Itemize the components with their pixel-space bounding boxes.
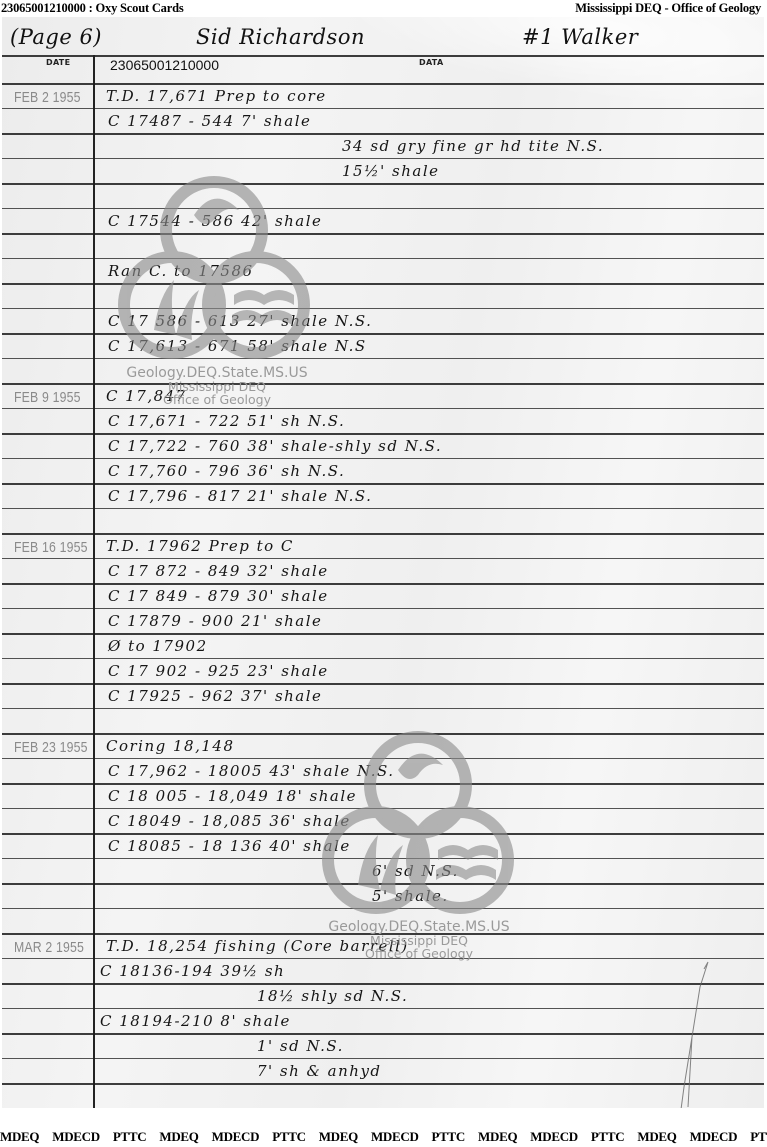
ruled-line (2, 508, 764, 509)
ruled-line (2, 333, 764, 335)
date-stamp: FEB 2 1955 (14, 89, 81, 106)
ruled-line (2, 633, 764, 635)
ruled-line (2, 658, 764, 659)
footer-token: PTTC (432, 1129, 465, 1144)
log-entry-text: C 18049 - 18,085 36' shale (108, 812, 351, 830)
footer-token: PTTC (591, 1129, 624, 1144)
ruled-line (2, 183, 764, 185)
ruled-line (2, 1033, 764, 1035)
date-column-label: DATE (46, 58, 70, 67)
log-entry-text: C 17 872 - 849 32' shale (108, 562, 329, 580)
log-entry-text: C 17,760 - 796 36' sh N.S. (108, 462, 345, 480)
ruled-line (2, 133, 764, 135)
ruled-line (2, 108, 764, 109)
date-stamp: FEB 16 1955 (14, 539, 88, 556)
ruled-line (2, 683, 764, 685)
ruled-line (2, 408, 764, 409)
log-entry-text: C 17 902 - 925 23' shale (108, 662, 329, 680)
card-well-name: #1 Walker (522, 25, 638, 49)
log-entry-text: C 17879 - 900 21' shale (108, 612, 322, 630)
ruled-line (2, 283, 764, 285)
ruled-line (2, 808, 764, 809)
ruled-line (2, 833, 764, 835)
watermark-text: Geology.DEQ.State.MS.US Mississippi DEQ … (324, 921, 514, 960)
card-page-label: (Page 6) (10, 25, 102, 49)
log-entry-text: Ran C. to 17586 (108, 262, 254, 280)
log-entry-text: 1' sd N.S. (257, 1037, 344, 1055)
date-column-divider (93, 55, 95, 1108)
log-entry-text: C 17,796 - 817 21' shale N.S. (108, 487, 372, 505)
ruled-line (2, 858, 764, 859)
log-entry-text: C 18 005 - 18,049 18' shale (108, 787, 357, 805)
ruled-line (2, 983, 764, 985)
ruled-line (2, 208, 764, 209)
date-stamp: FEB 9 1955 (14, 389, 81, 406)
footer-token: MDECD (52, 1129, 100, 1144)
log-entry-text: C 17,962 - 18005 43' shale N.S. (108, 762, 395, 780)
data-column-label: DATA (419, 58, 443, 67)
ruled-line (2, 308, 764, 309)
footer-token: MDEQ (0, 1129, 39, 1144)
log-entry-text: Ø to 17902 (108, 637, 208, 655)
ruled-line (2, 758, 764, 759)
log-entry-text: C 18136-194 39½ sh (100, 962, 285, 980)
log-entry-text: Coring 18,148 (106, 737, 235, 755)
ruled-line (2, 483, 764, 485)
ruled-line (2, 383, 764, 385)
ruled-line (2, 733, 764, 735)
card-operator: Sid Richardson (196, 25, 365, 49)
ruled-line (2, 558, 764, 559)
footer-token: MDECD (530, 1129, 578, 1144)
log-entry-text: 5' shale. (372, 887, 449, 905)
ruled-line (2, 708, 764, 709)
document-header: 23065001210000 : Oxy Scout Cards Mississ… (0, 0, 767, 16)
footer-token: MDECD (371, 1129, 419, 1144)
footer-token: PTTC (272, 1129, 305, 1144)
ruled-line (2, 1083, 764, 1085)
ruled-line (2, 908, 764, 909)
agency-name: Mississippi DEQ - Office of Geology (575, 1, 761, 16)
log-entry-text: C 17544 - 586 42' shale (108, 212, 322, 230)
footer-token: MDEQ (159, 1129, 198, 1144)
footer-token: MDEQ (478, 1129, 517, 1144)
footer-token: MDEQ (319, 1129, 358, 1144)
log-entry-text: C 17925 - 962 37' shale (108, 687, 322, 705)
ruled-line (2, 458, 764, 459)
log-entry-text: C 17 586 - 613 27' shale N.S. (108, 312, 372, 330)
log-entry-text: T.D. 17,671 Prep to core (106, 87, 327, 105)
footer-token: PTTC (750, 1129, 767, 1144)
ruled-line (2, 1008, 764, 1009)
ruled-line (2, 1058, 764, 1059)
ruled-line (2, 783, 764, 785)
card-title-line: (Page 6) Sid Richardson #1 Walker (2, 17, 764, 57)
footer-token: MDECD (690, 1129, 738, 1144)
ruled-line (2, 258, 764, 259)
date-stamp: FEB 23 1955 (14, 739, 88, 756)
log-entry-text: 34 sd gry fine gr hd tite N.S. (342, 137, 604, 155)
log-entry-text: C 17,671 - 722 51' sh N.S. (108, 412, 345, 430)
log-entry-text: C 18194-210 8' shale (100, 1012, 291, 1030)
date-stamp: MAR 2 1955 (14, 939, 84, 956)
document-id-title: 23065001210000 : Oxy Scout Cards (1, 1, 184, 16)
scout-card: (Page 6) Sid Richardson #1 Walker DATE D… (2, 17, 764, 1108)
ruled-line (2, 883, 764, 885)
ruled-line (2, 608, 764, 609)
log-entry-text: C 17487 - 544 7' shale (108, 112, 311, 130)
log-entry-text: 15½' shale (342, 162, 440, 180)
ruled-line (2, 583, 764, 585)
footer-token: MDEQ (637, 1129, 676, 1144)
ruled-line (2, 433, 764, 435)
log-entry-text: 7' sh & anhyd (257, 1062, 382, 1080)
log-entry-text: 18½ shly sd N.S. (257, 987, 408, 1005)
log-entry-text: C 17,722 - 760 38' shale-shly sd N.S. (108, 437, 442, 455)
ruled-line (2, 233, 764, 235)
log-entry-text: C 17,613 - 671 58' shale N.S (108, 337, 367, 355)
footer-token: MDECD (212, 1129, 260, 1144)
footer-token: PTTC (113, 1129, 146, 1144)
ruled-line (2, 533, 764, 535)
watermark-text: Geology.DEQ.State.MS.US Mississippi DEQ … (122, 367, 312, 406)
footer-banner: MDEQMDECDPTTCMDEQMDECDPTTCMDEQMDECDPTTCM… (0, 1129, 767, 1147)
log-entry-text: C 17 849 - 879 30' shale (108, 587, 329, 605)
api-number: 23065001210000 (110, 57, 219, 73)
log-entry-text: C 18085 - 18 136 40' shale (108, 837, 351, 855)
ruled-line (2, 158, 764, 159)
ruled-line (2, 83, 764, 85)
log-entry-text: 6' sd N.S. (372, 862, 459, 880)
pencil-mark (678, 957, 718, 1108)
log-entry-text: T.D. 17962 Prep to C (106, 537, 294, 555)
ruled-line (2, 358, 764, 359)
